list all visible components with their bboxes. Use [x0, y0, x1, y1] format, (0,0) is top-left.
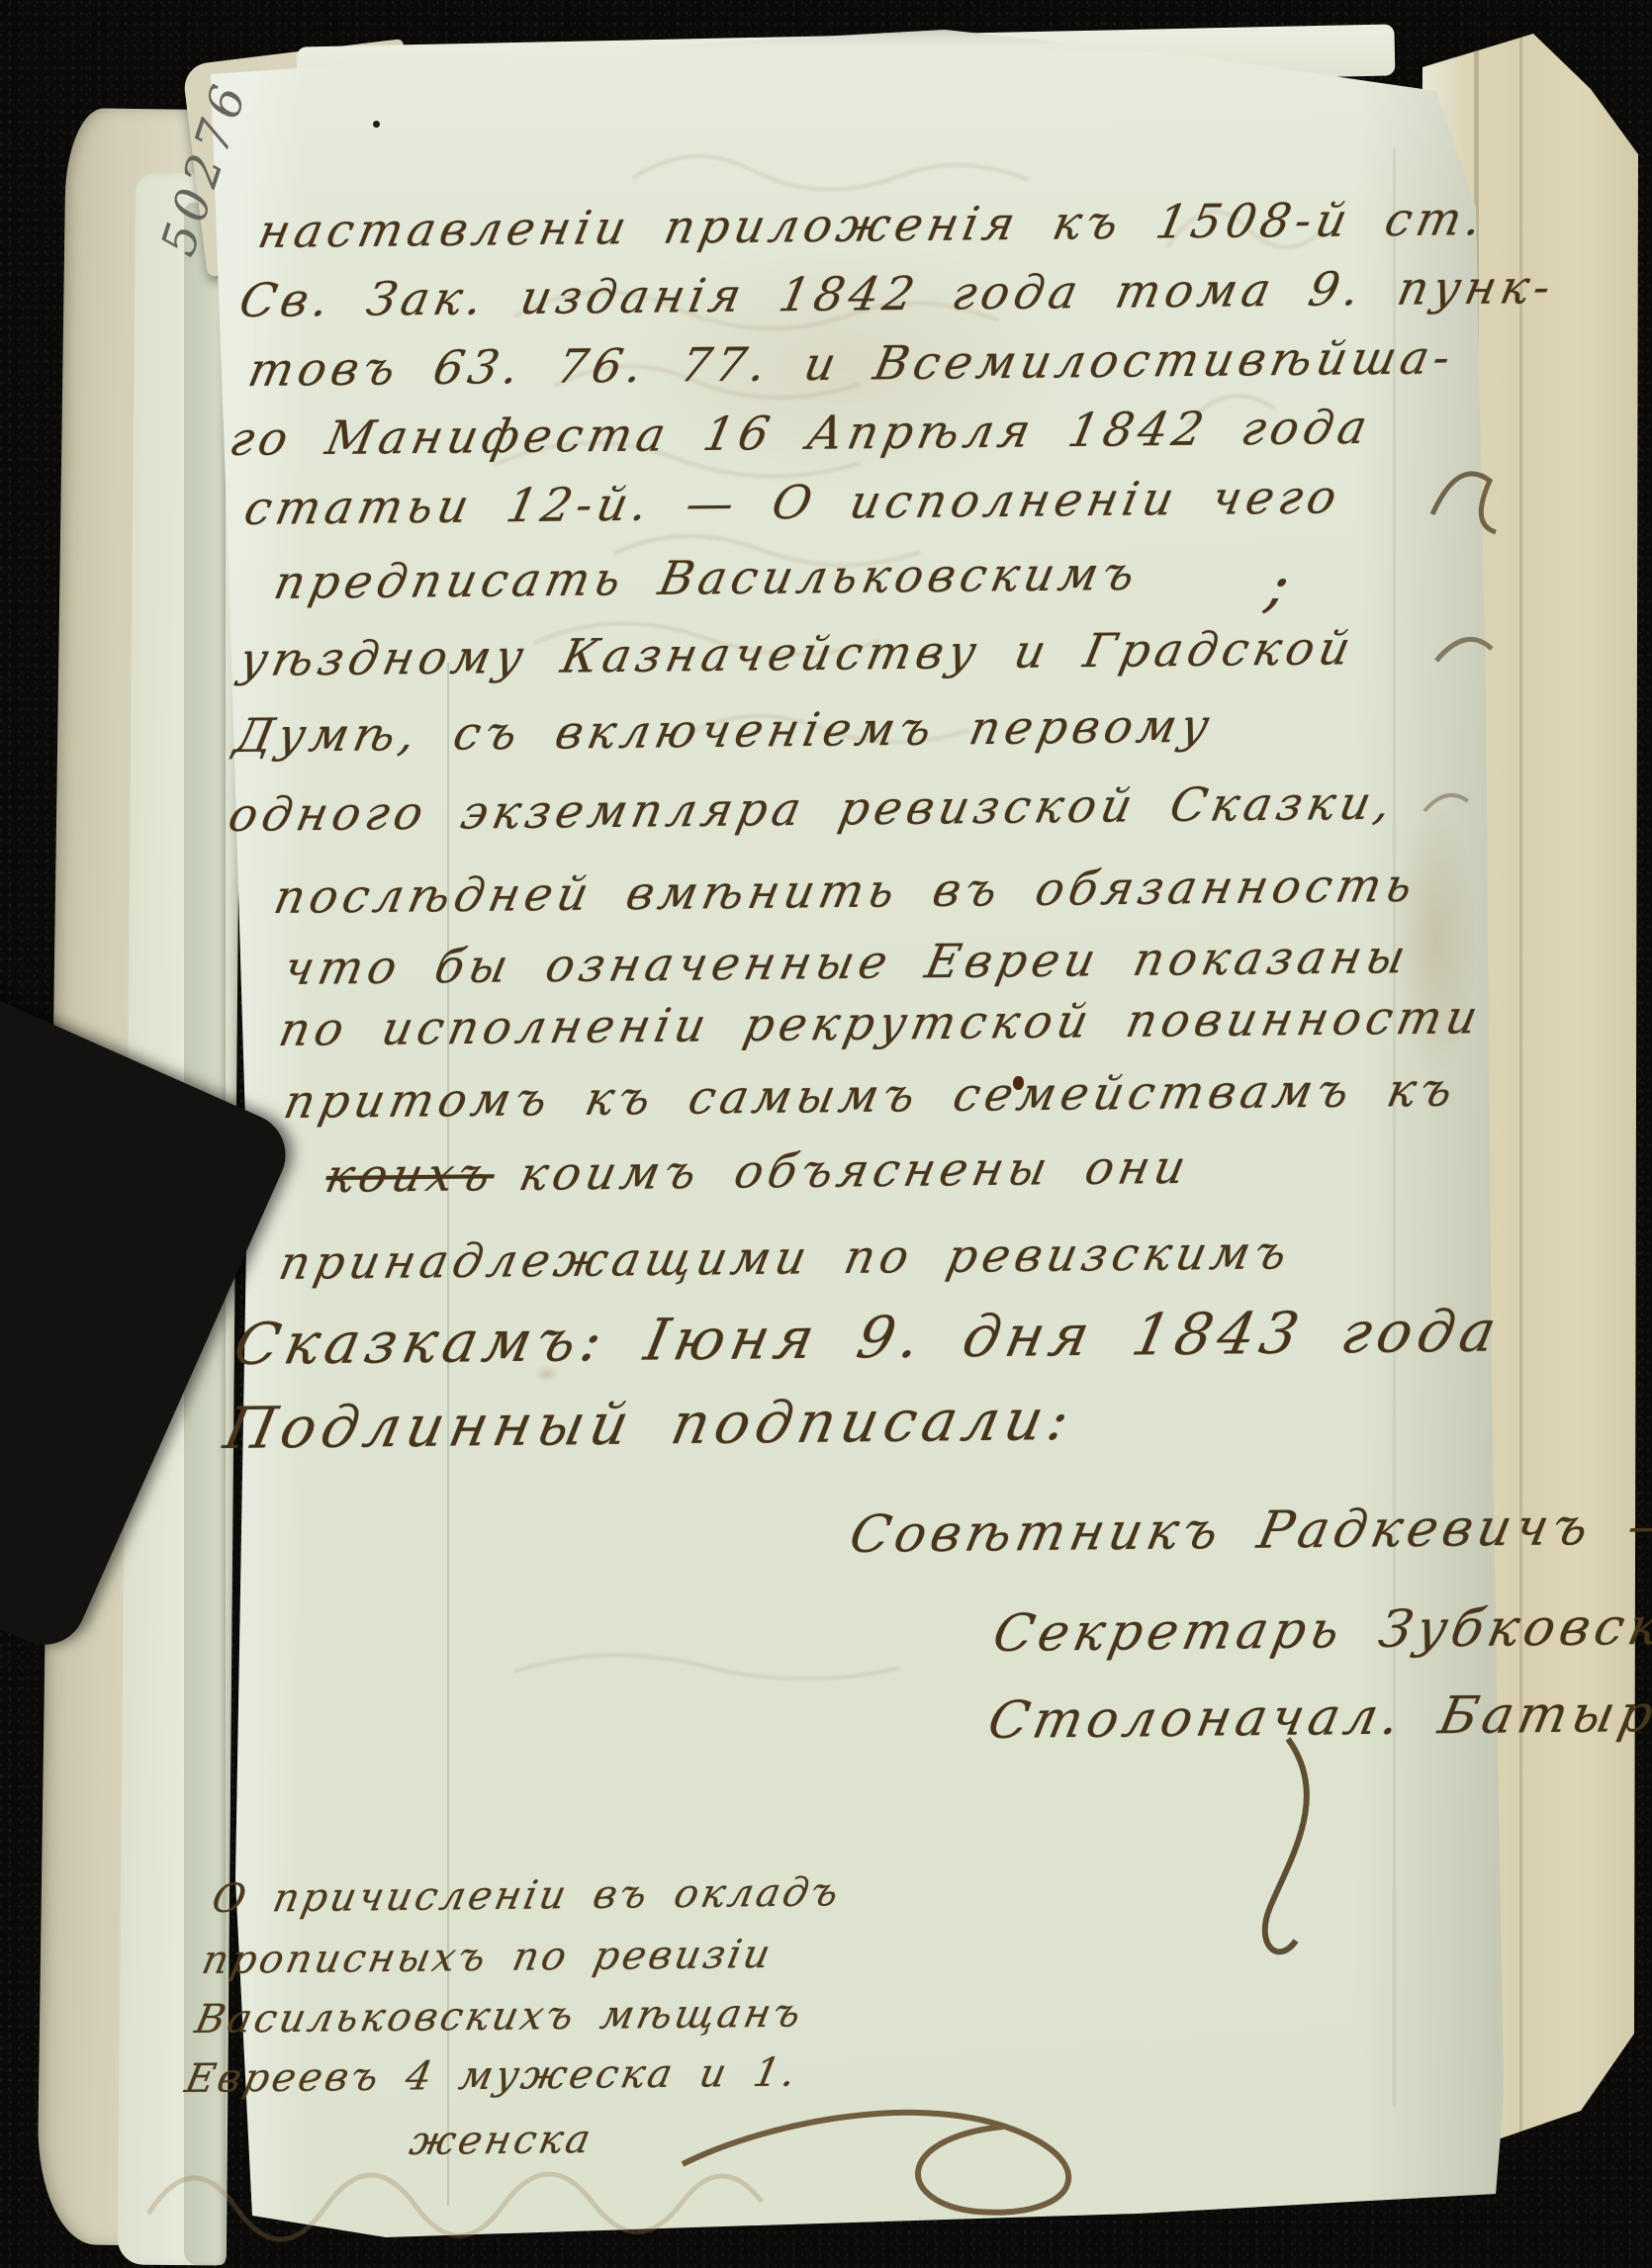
struck-word: коихъ: [321, 1147, 500, 1204]
signature-stolonachalnik: Столоначал. Батыровъ: [984, 1687, 1652, 1747]
line-continuation: коимъ объяснены они: [514, 1140, 1195, 1202]
manuscript-line: уѣздному Казначейству и Градской: [235, 625, 1358, 683]
archival-scan-scene: 50276 наставленіи приложенія къ 1508-й с…: [0, 0, 1652, 2268]
docket-note-line: Васильковскихъ мѣщанъ: [192, 1994, 807, 2040]
page-crease: [1393, 148, 1396, 2107]
date-line: Сказкамъ: Іюня 9. дня 1843 года: [229, 1303, 1507, 1373]
manuscript-line: по исполненіи рекрутской повинности: [275, 994, 1486, 1053]
ink-speck: [373, 121, 380, 128]
right-stack-fold-line: [1519, 28, 1522, 2154]
manuscript-line: товъ 63. 76. 77. и Всемилостивѣйша-: [244, 334, 1459, 394]
docket-note-line: О причисленіи въ окладъ: [209, 1872, 845, 1919]
manuscript-line: Св. Зак. изданія 1842 года тома 9. пунк-: [235, 264, 1559, 324]
signature-sekretar: Секретарь Зубковскій: [989, 1600, 1652, 1660]
manuscript-line: Думѣ, съ включеніемъ первому: [230, 703, 1218, 760]
manuscript-line: статьи 12-й. — О исполненіи чего: [240, 474, 1345, 532]
docket-note-line: Евреевъ 4 мужеска и 1.: [182, 2053, 802, 2099]
manuscript-line: предписать Васильковскимъ: [270, 551, 1144, 606]
manuscript-line: наставленіи приложенія къ 1508-й ст.: [254, 196, 1490, 255]
manuscript-line: принадлежащими по ревизскимъ: [275, 1229, 1295, 1287]
attestation-line: Подлинный подписали:: [220, 1391, 1079, 1457]
manuscript-line: послѣдней вмѣнить въ обязанность: [270, 862, 1421, 921]
signature-sovetnik: Совѣтникъ Радкевичъ —: [846, 1500, 1652, 1561]
manuscript-line: одного экземпляра ревизской Сказки,: [225, 780, 1400, 839]
manuscript-line: что бы означенные Евреи показаны: [280, 934, 1414, 992]
docket-note-line: женска: [407, 2120, 597, 2161]
docket-note-line: прописныхъ по ревизіи: [199, 1935, 777, 1980]
manuscript-line: го Манифеста 16 Апрѣля 1842 года: [226, 405, 1375, 463]
manuscript-line: притомъ къ самымъ семействамъ къ: [280, 1067, 1461, 1126]
manuscript-line-with-strikeout: коихъкоимъ объяснены они: [321, 1144, 1194, 1200]
